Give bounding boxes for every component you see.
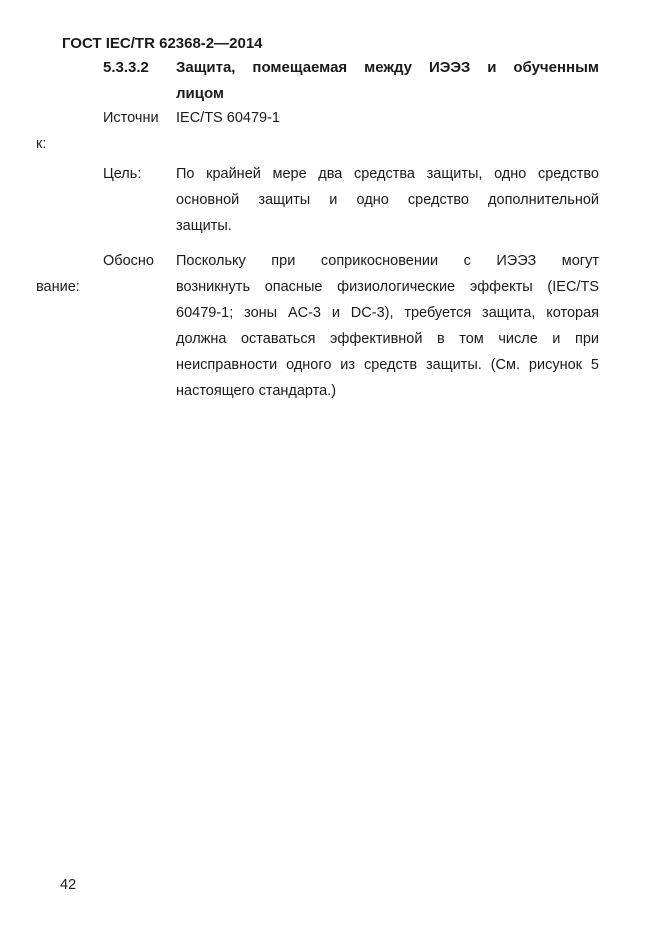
- section-heading: 5.3.3.2 Защита, помещаемая между ИЭЭЗ и …: [36, 55, 599, 107]
- source-value: IEC/TS 60479-1: [176, 105, 599, 131]
- row-rationale: Обосно вание: Поскольку при соприкоснове…: [36, 248, 599, 404]
- rationale-text-line: неисправности одного из средств защиты. …: [176, 352, 599, 378]
- section-number: 5.3.3.2: [103, 55, 149, 81]
- row-purpose: Цель: По крайней мере два средства защит…: [36, 161, 599, 239]
- rationale-text-line: Поскольку при соприкосновении с ИЭЭЗ мог…: [176, 248, 599, 274]
- purpose-text: По крайней мере два средства защиты, одн…: [176, 161, 599, 239]
- rationale-text: Поскольку при соприкосновении с ИЭЭЗ мог…: [176, 248, 599, 404]
- section-title: Защита, помещаемая между ИЭЭЗ и обученны…: [176, 55, 599, 107]
- purpose-text-line: защиты.: [176, 213, 599, 239]
- row-source: Источни к: IEC/TS 60479-1: [36, 105, 599, 131]
- purpose-label: Цель:: [36, 161, 175, 187]
- purpose-text-line: основной защиты и одно средство дополнит…: [176, 187, 599, 213]
- rationale-text-line: возникнуть опасные физиологические эффек…: [176, 274, 599, 300]
- source-label: Источни к:: [36, 105, 175, 157]
- purpose-text-line: По крайней мере два средства защиты, одн…: [176, 161, 599, 187]
- rationale-label-line: вание:: [36, 274, 175, 300]
- section-title-line: Защита, помещаемая между ИЭЭЗ и обученны…: [176, 55, 599, 81]
- rationale-label-line: Обосно: [36, 248, 175, 274]
- page-number: 42: [60, 872, 76, 898]
- document-page: ГОСТ IEC/TR 62368-2—2014 5.3.3.2 Защита,…: [0, 0, 661, 935]
- rationale-label: Обосно вание:: [36, 248, 175, 300]
- rationale-text-line: настоящего стандарта.): [176, 378, 599, 404]
- running-header: ГОСТ IEC/TR 62368-2—2014: [62, 31, 263, 57]
- source-label-line: к:: [36, 131, 175, 157]
- rationale-text-line: должна оставаться эффективной в том числ…: [176, 326, 599, 352]
- source-value-line: IEC/TS 60479-1: [176, 105, 599, 131]
- purpose-label-line: Цель:: [36, 161, 175, 187]
- rationale-text-line: 60479-1; зоны AC-3 и DC-3), требуется за…: [176, 300, 599, 326]
- source-label-line: Источни: [36, 105, 175, 131]
- section-title-line: лицом: [176, 81, 599, 107]
